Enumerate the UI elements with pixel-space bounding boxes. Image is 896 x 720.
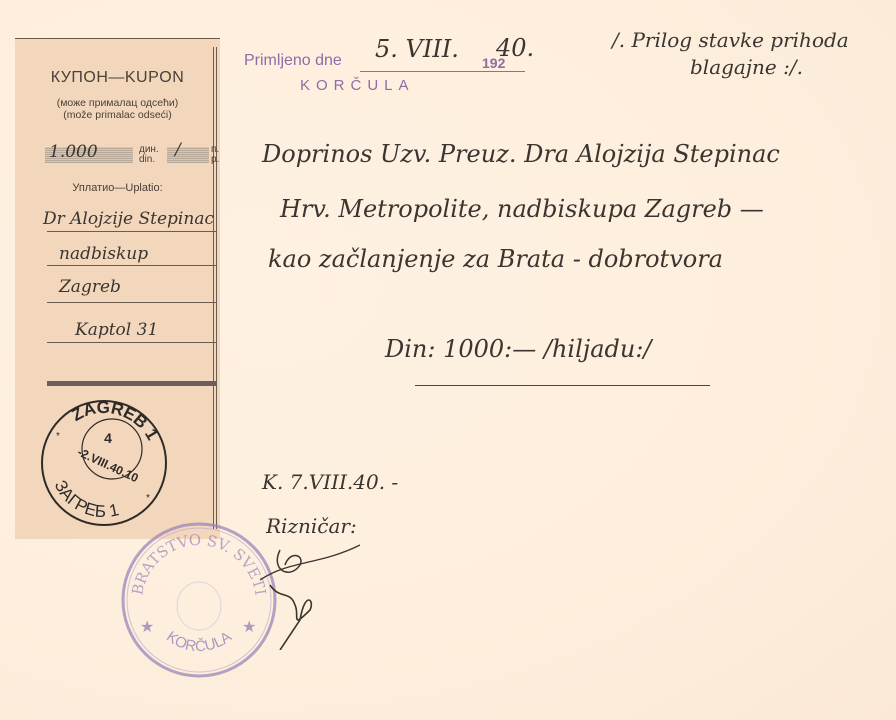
received-city: KORČULA (300, 77, 415, 94)
top-right-note-line: blagajne :/. (690, 55, 803, 79)
body-line: Doprinos Uzv. Preuz. Dra Alojzija Stepin… (262, 140, 780, 168)
payer-line: Zagreb (59, 277, 121, 297)
zagreb-postmark: ZAGREB 1 ЗАГРЕБ 1 4 -2.VIII.40.10 * * (38, 397, 170, 529)
svg-text:★: ★ (140, 619, 154, 636)
coupon-cut-bar (47, 381, 217, 386)
coupon-rule (47, 302, 217, 303)
currency-latin: din. (139, 155, 155, 165)
paid-by-label: Уплатио—Uplatio: (15, 182, 220, 194)
svg-text:KORČULA: KORČULA (163, 628, 235, 655)
payer-line: nadbiskup (59, 244, 148, 264)
para-value: / (175, 140, 181, 160)
payer-line: Dr Alojzije Stepinac (43, 209, 214, 229)
coupon-rule (47, 265, 217, 266)
coupon-rule (47, 231, 217, 232)
amount-line: Din: 1000:— /hiljadu:/ (385, 335, 652, 363)
top-right-note-line: /. Prilog stavke prihoda (612, 28, 849, 52)
para-latin: p. (211, 155, 219, 165)
footer-note-line: K. 7.VIII.40. - (262, 470, 398, 494)
svg-text:4: 4 (104, 430, 112, 446)
coupon-subtitle-latin: (može primalac odseći) (15, 109, 220, 121)
received-year: 40. (496, 34, 534, 62)
svg-text:ЗАГРЕБ 1: ЗАГРЕБ 1 (44, 472, 127, 529)
body-line: Hrv. Metropolite, nadbiskupa Zagreb — (280, 195, 764, 223)
coupon-amount: 1.000 (49, 142, 98, 162)
received-stamp-label: Primljeno dne (244, 52, 342, 70)
received-date: 5. VIII. (375, 35, 459, 63)
received-date-line (360, 71, 525, 72)
svg-text:*: * (56, 431, 60, 442)
body-line: kao začlanjenje za Brata - dobrotvora (268, 245, 723, 273)
amount-underline (415, 385, 710, 386)
svg-text:ZAGREB 1: ZAGREB 1 (65, 397, 168, 447)
payer-line: Kaptol 31 (75, 320, 158, 340)
coupon-rule (47, 342, 217, 343)
svg-text:*: * (146, 493, 150, 504)
para-box (167, 147, 209, 163)
signature (250, 540, 360, 650)
coupon-subtitle-cyrillic: (може прималац одсећи) (15, 97, 220, 109)
coupon-title: КУПОН—KUPON (15, 69, 220, 87)
